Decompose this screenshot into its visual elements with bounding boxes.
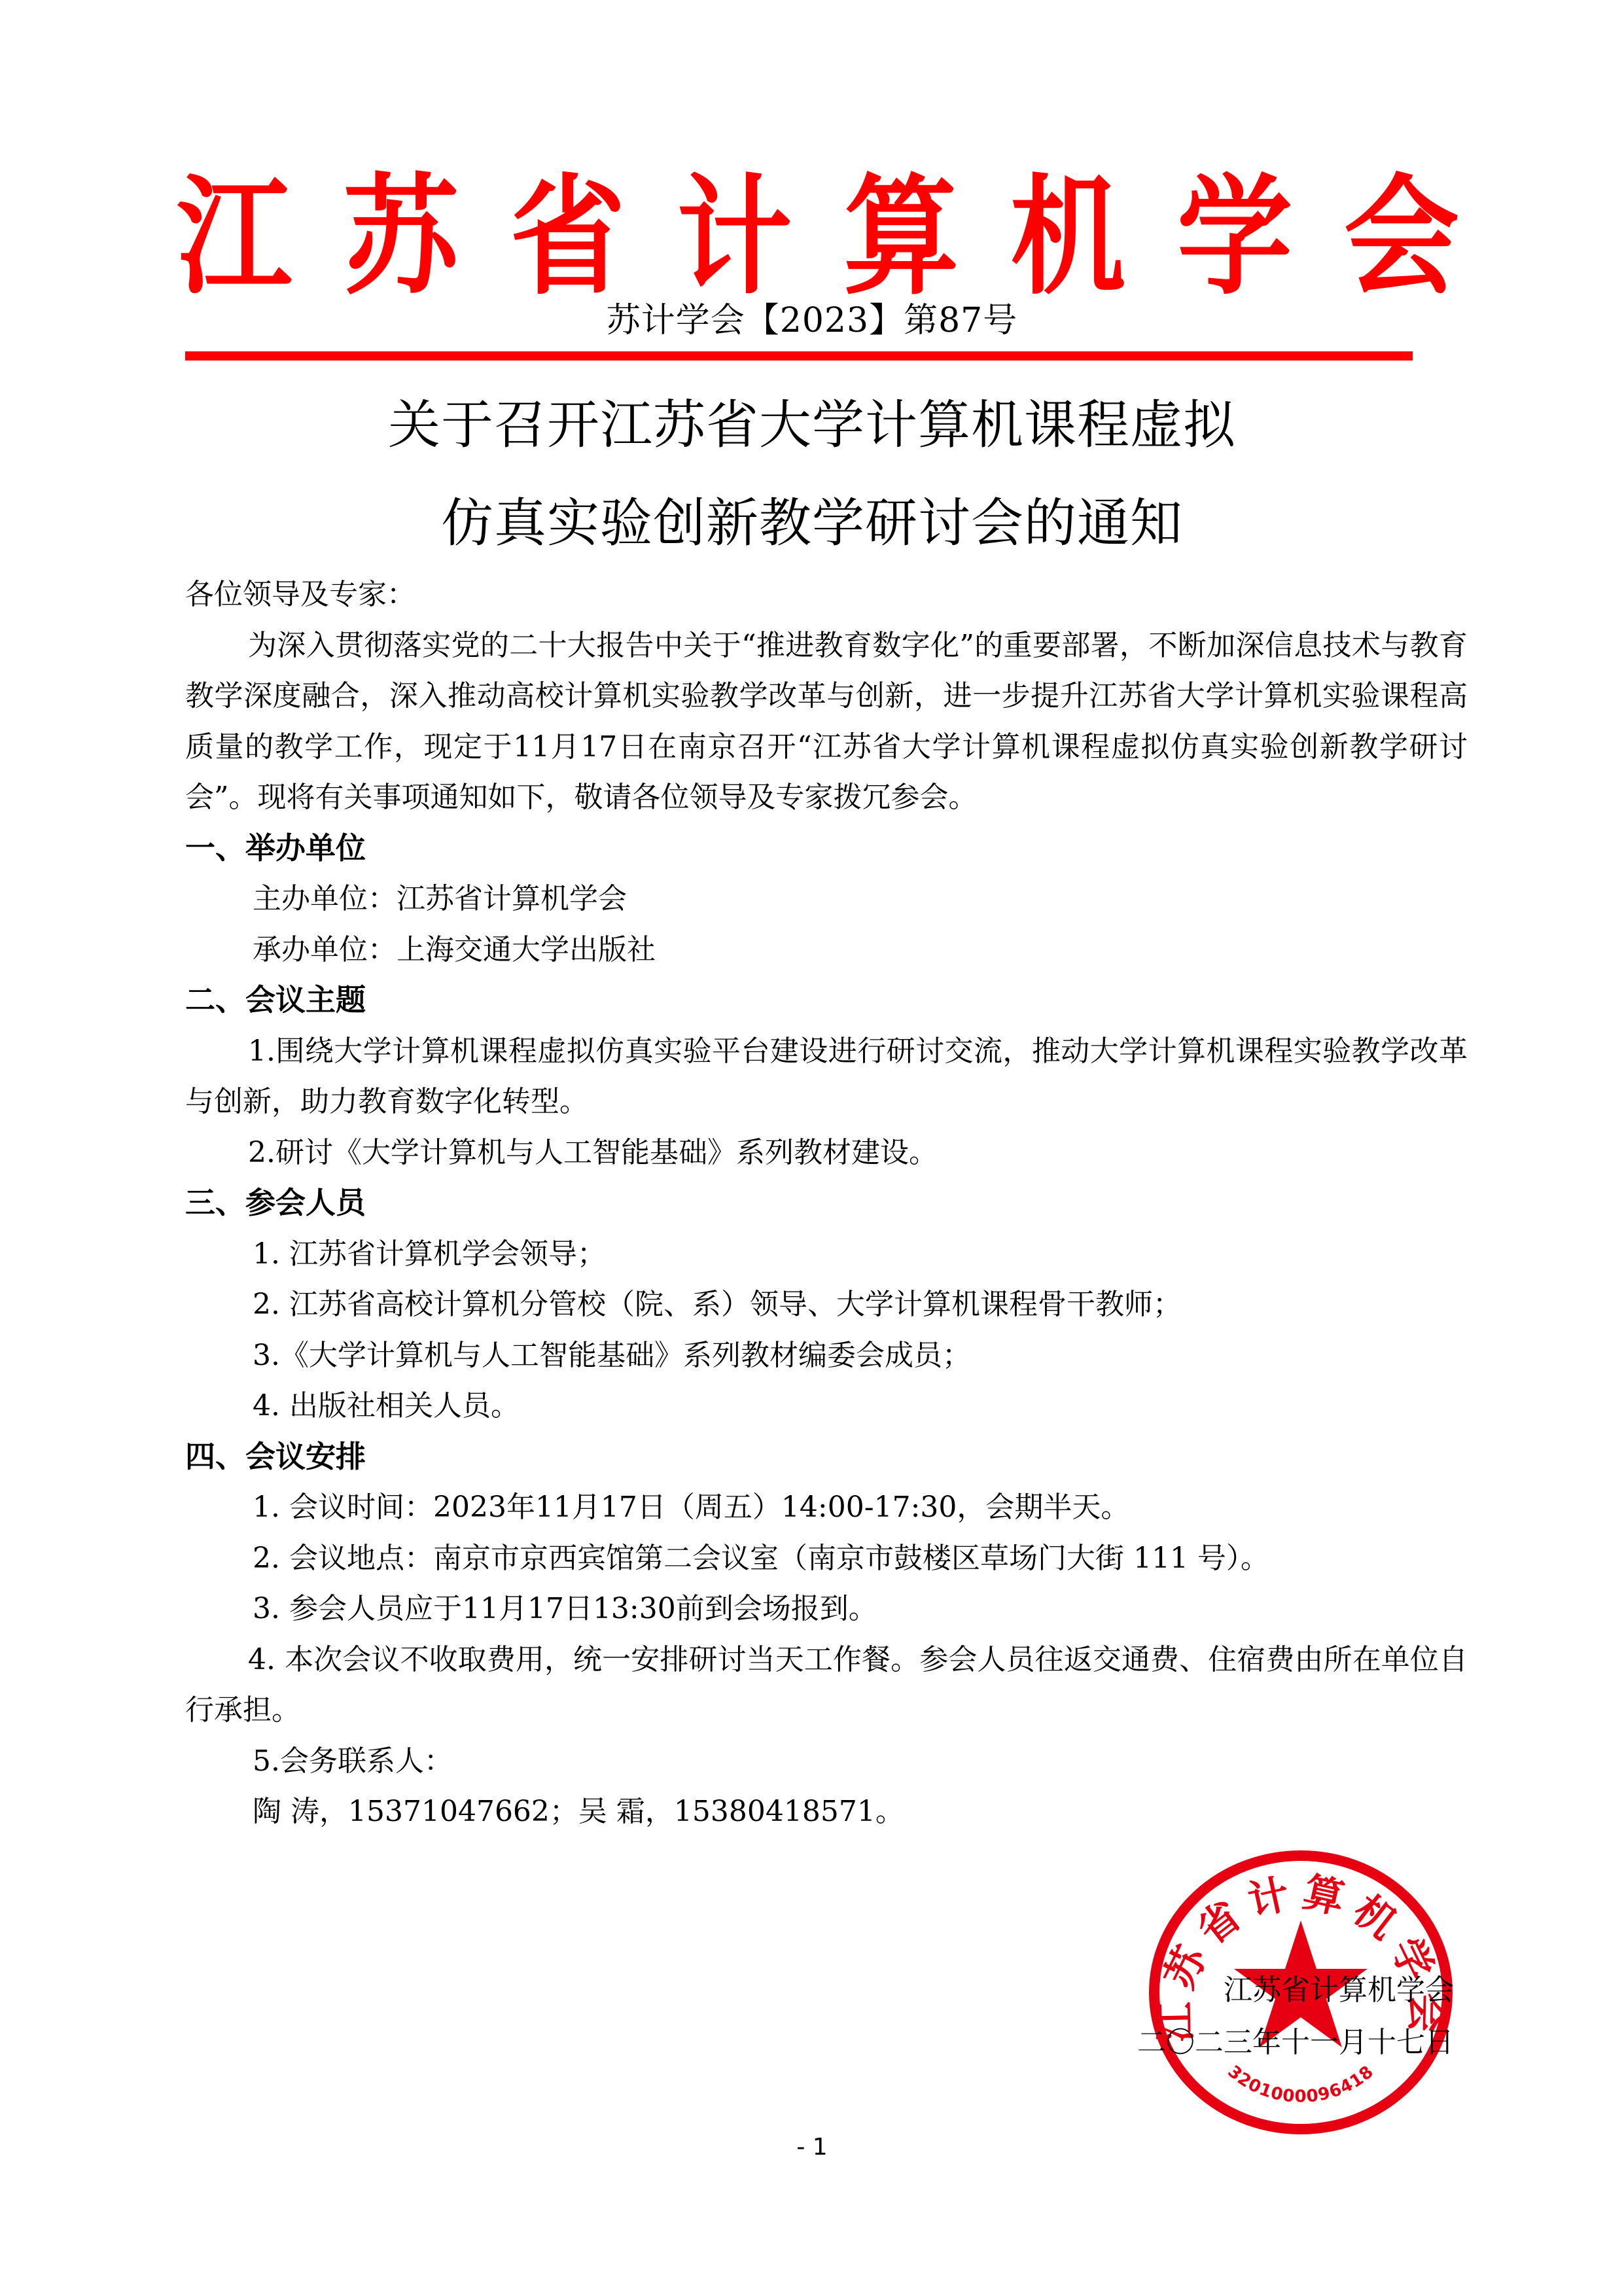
attendee-item: 1. 江苏省计算机学会领导； <box>185 1229 1468 1280</box>
notice-body: 各位领导及专家： 为深入贯彻落实党的二十大报告中关于“推进教育数字化”的重要部署… <box>185 569 1468 1837</box>
arrangement-fees: 4. 本次会议不收取费用，统一安排研讨当天工作餐。参会人员往返交通费、住宿费由所… <box>185 1634 1468 1736</box>
notice-title-line-2: 仿真实验创新教学研讨会的通知 <box>0 491 1624 556</box>
signature-date: 二〇二三年十一月十七日 <box>996 2023 1454 2062</box>
masthead-char: 计 <box>677 164 792 310</box>
section-heading-theme: 二、会议主题 <box>185 975 1468 1026</box>
svg-text:3201000096418: 3201000096418 <box>1224 2062 1377 2106</box>
theme-item: 2.研讨《大学计算机与人工智能基础》系列教材建设。 <box>185 1127 1468 1178</box>
signature-organization: 江苏省计算机学会 <box>996 1971 1454 2010</box>
masthead-char: 机 <box>1010 164 1125 310</box>
attendee-item: 2. 江苏省高校计算机分管校（院、系）领导、大学计算机课程骨干教师； <box>185 1279 1468 1330</box>
masthead-char: 江 <box>177 164 292 310</box>
masthead-char: 省 <box>510 164 626 310</box>
theme-item: 1.围绕大学计算机课程虚拟仿真实验平台建设进行研讨交流，推动大学计算机课程实验教… <box>185 1026 1468 1127</box>
section-heading-attendees: 三、参会人员 <box>185 1178 1468 1229</box>
masthead-char: 算 <box>843 164 959 310</box>
arrangement-contacts-label: 5.会务联系人： <box>185 1736 1468 1787</box>
arrangement-venue: 2. 会议地点：南京市京西宾馆第二会议室（南京市鼓楼区草场门大街 111 号）。 <box>185 1533 1468 1584</box>
arrangement-time: 1. 会议时间：2023年11月17日（周五）14:00-17:30，会期半天。 <box>185 1482 1468 1533</box>
organization-masthead: 江 苏 省 计 算 机 学 会 <box>177 171 1459 302</box>
intro-paragraph: 为深入贯彻落实党的二十大报告中关于“推进教育数字化”的重要部署，不断加深信息技术… <box>185 620 1468 823</box>
organizer-co-host: 承办单位：上海交通大学出版社 <box>185 925 1468 976</box>
section-heading-organizers: 一、举办单位 <box>185 823 1468 874</box>
salutation: 各位领导及专家： <box>185 569 1468 620</box>
red-divider <box>185 351 1413 361</box>
masthead-char: 会 <box>1344 164 1459 310</box>
arrangement-check-in: 3. 参会人员应于11月17日13:30前到会场报到。 <box>185 1583 1468 1634</box>
document-number: 苏计学会【2023】第87号 <box>0 298 1624 344</box>
page-number: - 1 <box>0 2134 1624 2161</box>
masthead-char: 苏 <box>344 164 459 310</box>
contact-persons: 陶 涛，15371047662；吴 霜，15380418571。 <box>185 1786 1468 1837</box>
section-heading-arrangements: 四、会议安排 <box>185 1432 1468 1483</box>
masthead-char: 学 <box>1177 164 1292 310</box>
attendee-item: 4. 出版社相关人员。 <box>185 1381 1468 1432</box>
organizer-host: 主办单位：江苏省计算机学会 <box>185 874 1468 925</box>
notice-title-line-1: 关于召开江苏省大学计算机课程虚拟 <box>0 393 1624 458</box>
attendee-item: 3.《大学计算机与人工智能基础》系列教材编委会成员； <box>185 1330 1468 1381</box>
